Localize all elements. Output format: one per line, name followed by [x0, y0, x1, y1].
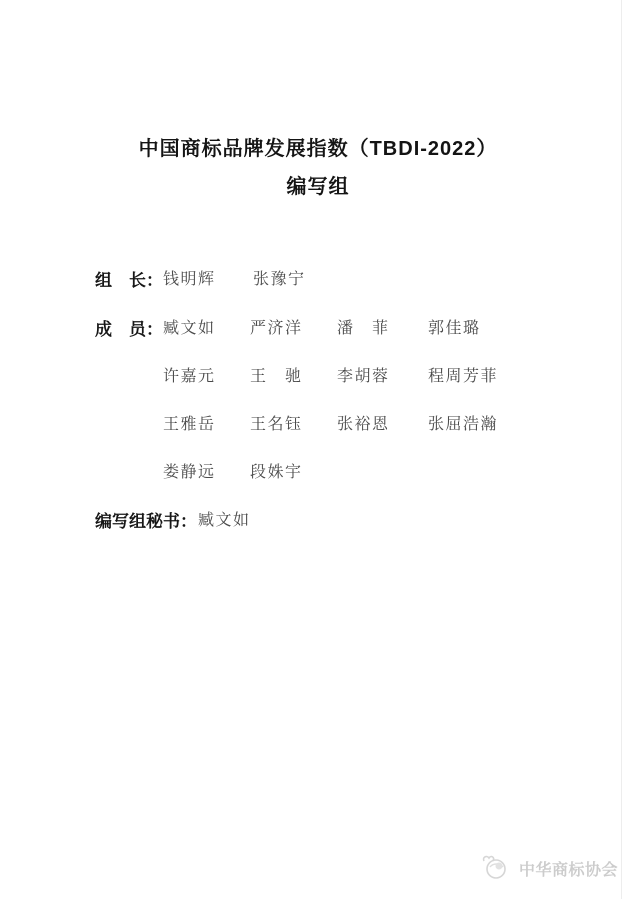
secretary-name: 臧文如 [198, 507, 251, 530]
page-title: 中国商标品牌发展指数（TBDI-2022） [0, 132, 636, 161]
leader-name: 张豫宁 [253, 266, 306, 289]
document-page: 中国商标品牌发展指数（TBDI-2022） 编写组 组 长： 钱明辉 张豫宁 成… [0, 0, 636, 899]
page-edge-line [621, 0, 622, 899]
watermark-text: 中华商标协会 [519, 857, 618, 880]
members-row: 成 员： 臧文如 严济洋 潘 菲 郭佳璐 [0, 315, 636, 339]
trademark-association-logo-icon [478, 853, 514, 883]
members-row: 王雅岳 王名钰 张裕恩 张屈浩瀚 [0, 411, 636, 435]
member-name: 张裕恩 [337, 411, 390, 434]
member-name: 娄静远 [163, 459, 216, 482]
member-name: 王雅岳 [163, 411, 216, 434]
watermark: 中华商标协会 [478, 853, 618, 883]
leader-name: 钱明辉 [163, 266, 216, 289]
member-name: 程周芳菲 [428, 363, 498, 386]
page-subtitle: 编写组 [0, 170, 636, 199]
leader-label: 组 长： [95, 266, 163, 291]
member-name: 严济洋 [250, 315, 303, 338]
member-name: 李胡蓉 [337, 363, 390, 386]
member-name: 臧文如 [163, 315, 216, 338]
member-name: 段姝宇 [250, 459, 303, 482]
member-name: 许嘉元 [163, 363, 216, 386]
members-label: 成 员： [95, 315, 163, 340]
member-name: 王名钰 [250, 411, 303, 434]
members-row: 娄静远 段姝宇 [0, 459, 636, 483]
secretary-label: 编写组秘书： [95, 507, 197, 532]
member-name: 王 驰 [250, 363, 303, 386]
secretary-row: 编写组秘书： 臧文如 [0, 507, 636, 531]
members-row: 许嘉元 王 驰 李胡蓉 程周芳菲 [0, 363, 636, 387]
member-name: 郭佳璐 [428, 315, 481, 338]
leader-row: 组 长： 钱明辉 张豫宁 [0, 266, 636, 290]
member-name: 张屈浩瀚 [428, 411, 498, 434]
member-name: 潘 菲 [337, 315, 390, 338]
